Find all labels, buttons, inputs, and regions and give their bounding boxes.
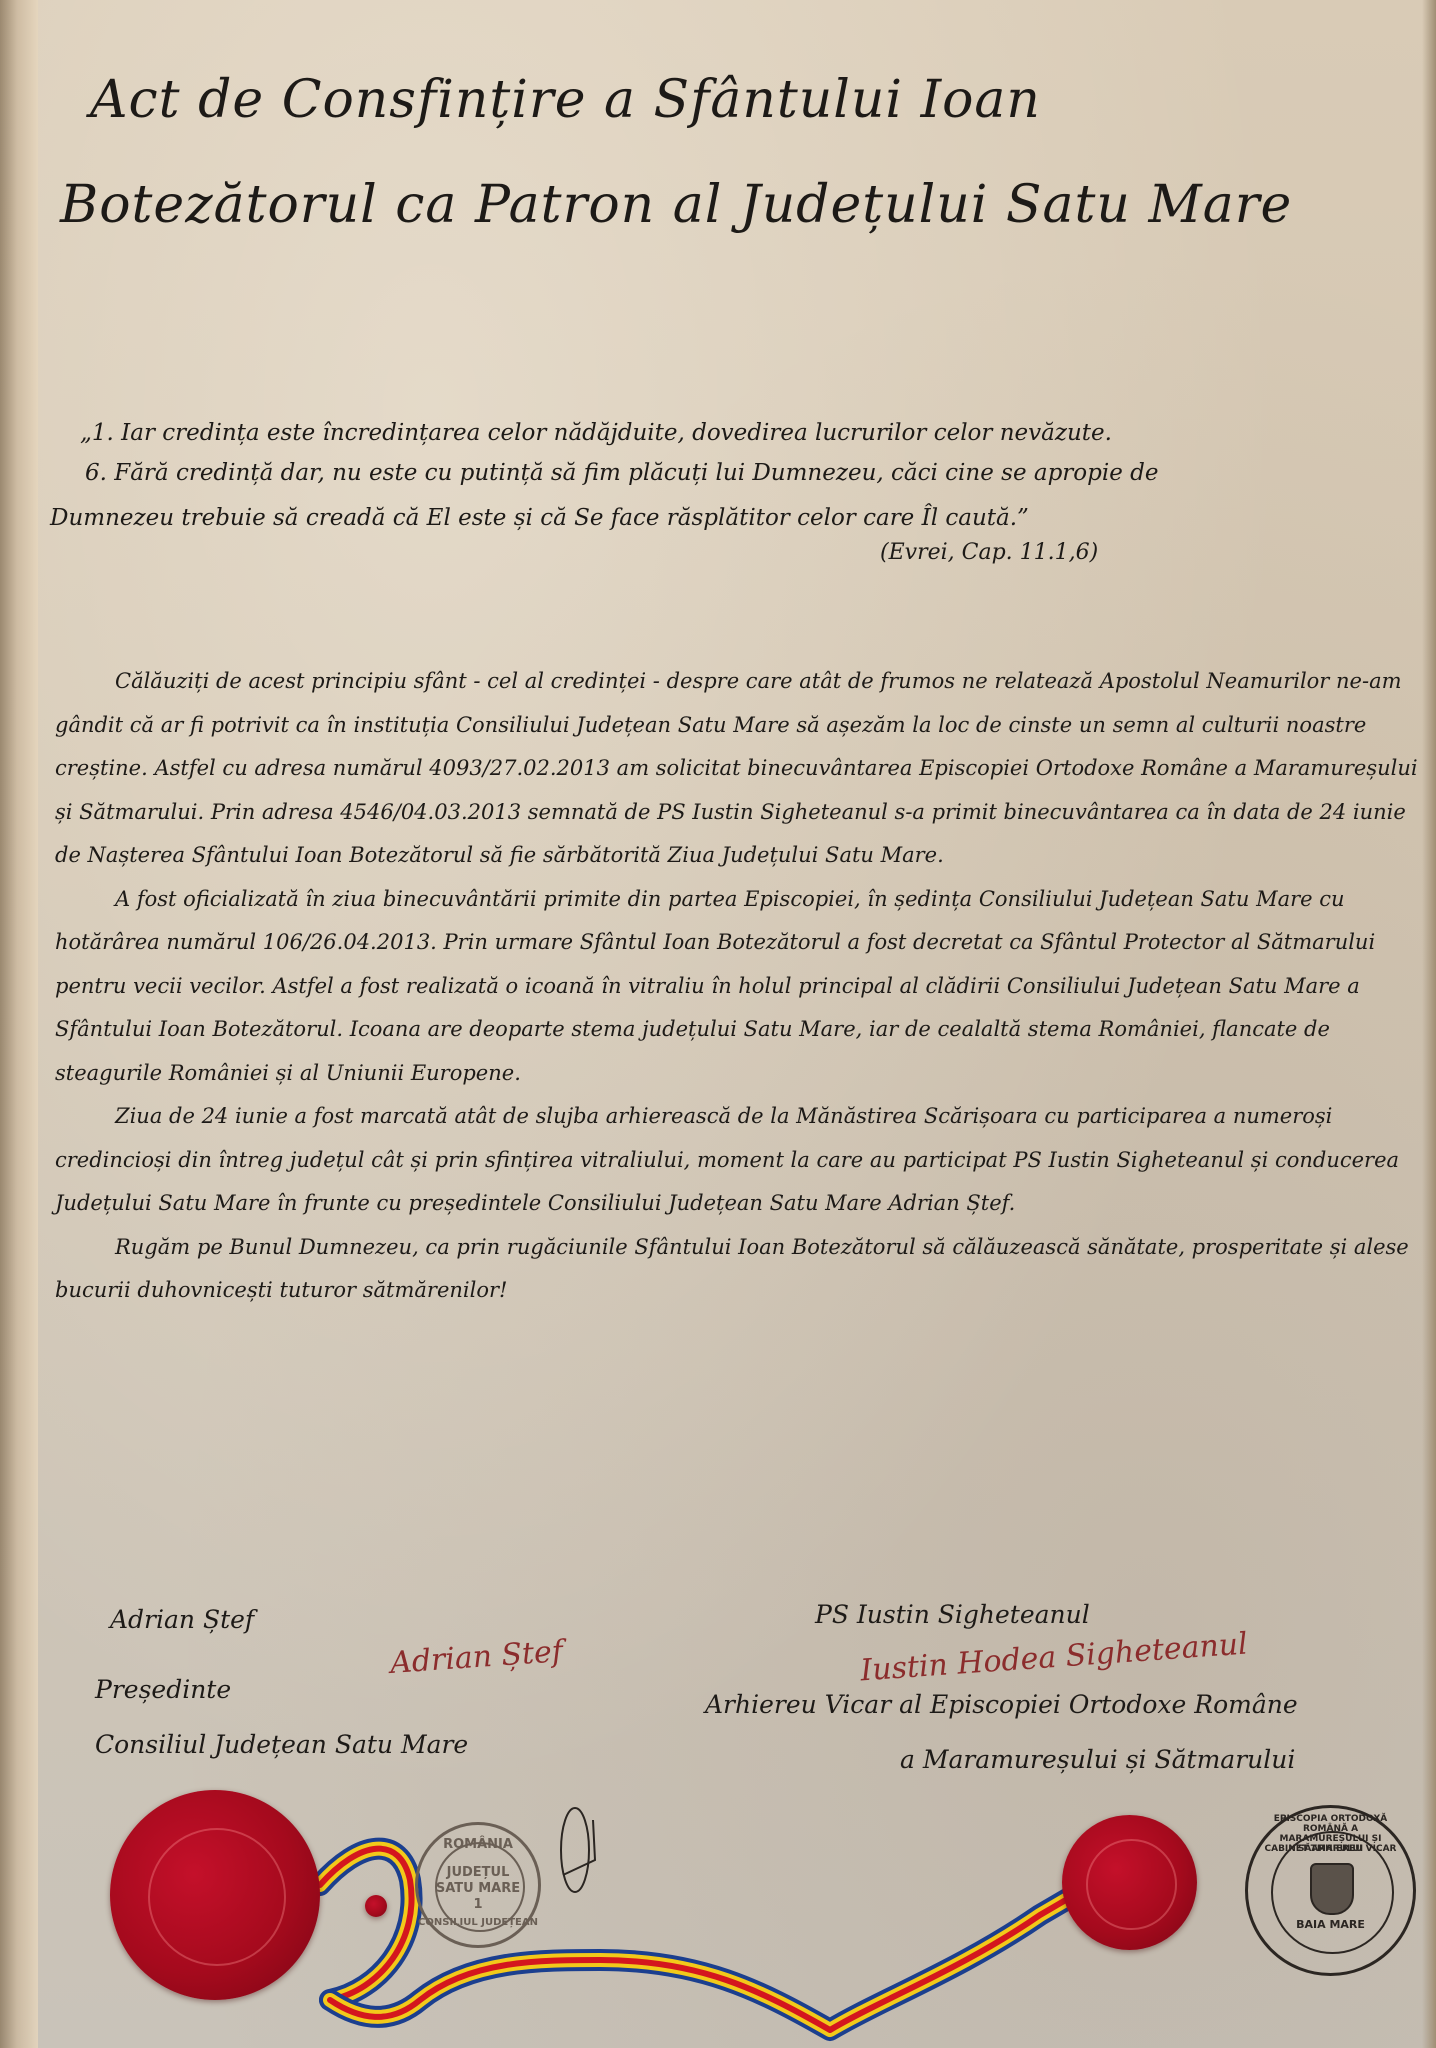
coat-of-arms-icon [1310,1863,1354,1915]
wax-seal-right [1062,1815,1197,1950]
episcopate-stamp: EPISCOPIA ORTODOXĂ ROMÂNĂ A MARAMUREȘULU… [1245,1805,1416,1976]
document-sheet: Act de Consfințire a Sfântului Ioan Bote… [0,0,1436,2048]
wax-seal-left [110,1790,320,2000]
county-council-stamp: ROMÂNIA JUDEȚUL SATU MARE 1 CONSILIUL JU… [415,1822,541,1948]
initial-scribble [555,1800,605,1900]
tricolor-ribbon [0,0,1436,2048]
wax-drop [365,1895,387,1917]
